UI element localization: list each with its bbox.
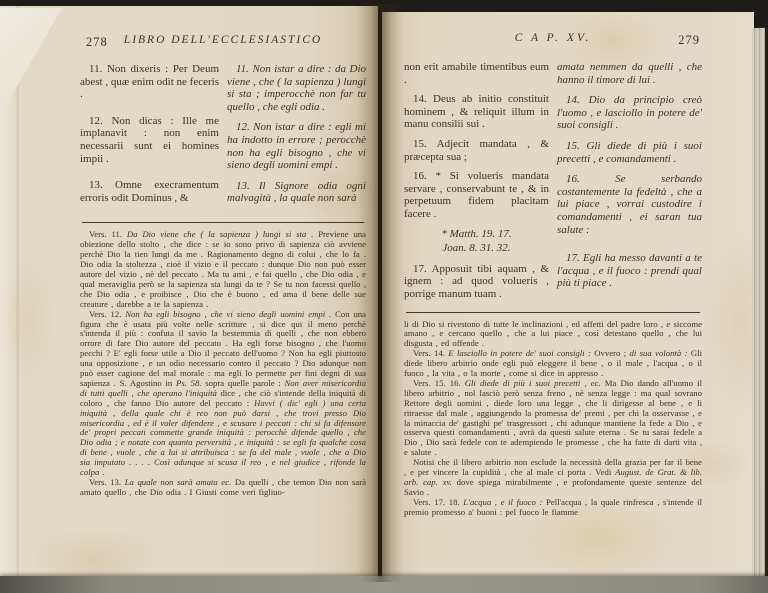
verse-italian-16: 16. Se serbando costantemente la fedeltà…	[557, 173, 702, 236]
right-page-content: C A P. XV. 279 non erit amabile timentib…	[404, 32, 702, 518]
verse-italian-12: 12. Non istar a dire : egli mi ha indott…	[227, 121, 366, 171]
right-page: C A P. XV. 279 non erit amabile timentib…	[382, 12, 754, 578]
verse-italian-17: 17. Egli ha messo davanti a te l'acqua ,…	[557, 252, 702, 290]
book-fore-edge	[752, 28, 765, 580]
open-book-photo: 278 LIBRO DELL'ECCLESIASTICO 11. Non dix…	[0, 0, 768, 593]
right-page-header: C A P. XV. 279	[404, 32, 702, 52]
page-corner-highlight	[0, 8, 62, 116]
left-commentary: Vers. 11. Da Dio viene che ( la sapienza…	[80, 230, 366, 497]
left-verse-columns: 11. Non dixeris : Per Deum abest , quæ e…	[80, 63, 366, 218]
chapter-title: C A P. XV.	[404, 32, 702, 44]
verse-latin-16: 16. * Si volueris mandata servare , cons…	[404, 170, 549, 220]
verse-latin-17: 17. Apposuit tibi aquam , & ignem : ad q…	[404, 263, 549, 301]
commentary-paragraph: li di Dio si rivestono di tutte le incli…	[404, 320, 702, 350]
table-surface	[0, 576, 768, 593]
verse-italian-13-continued: amata nemmen da quelli , che hanno il ti…	[557, 61, 702, 86]
right-verse-columns: non erit amabile timentibus eum . 14. De…	[404, 61, 702, 308]
verse-latin-14: 14. Deus ab initio constituit hominem , …	[404, 93, 549, 131]
running-title: LIBRO DELL'ECCLESIASTICO	[80, 34, 366, 46]
commentary-paragraph: Vers. 12. Non ha egli bisogno , che vi s…	[80, 310, 366, 478]
left-italian-column: 11. Non istar a dire : da Dio viene , ch…	[227, 63, 366, 218]
divider-rule-right	[406, 312, 700, 313]
left-latin-column: 11. Non dixeris : Per Deum abest , quæ e…	[80, 63, 219, 218]
scripture-references: * Matth. 19. 17. Joan. 8. 31. 32.	[404, 228, 549, 255]
verse-latin-13: 13. Omne execramentum erroris odit Domin…	[80, 179, 219, 204]
verse-latin-15: 15. Adjecit mandata , & præcepta sua ;	[404, 138, 549, 163]
commentary-paragraph: Notisi che il libero arbitrio non esclud…	[404, 458, 702, 498]
scripture-ref: * Matth. 19. 17.	[404, 228, 549, 241]
verse-latin-12: 12. Non dicas : Ille me implanavit : non…	[80, 115, 219, 165]
verse-italian-11: 11. Non istar a dire : da Dio viene , ch…	[227, 63, 366, 113]
commentary-paragraph: Vers. 17. 18. L'acqua , e il fuoco : Pel…	[404, 498, 702, 518]
verse-latin-11: 11. Non dixeris : Per Deum abest , quæ e…	[80, 63, 219, 101]
verse-latin-13-continued: non erit amabile timentibus eum .	[404, 61, 549, 86]
verse-italian-14: 14. Dio da principio creò l'uomo , e las…	[557, 94, 702, 132]
right-commentary: li di Dio si rivestono di tutte le incli…	[404, 320, 702, 518]
divider-rule-left	[82, 222, 364, 223]
page-number-right: 279	[678, 33, 700, 48]
verse-italian-15: 15. Gli diede di più i suoi precetti , e…	[557, 140, 702, 165]
commentary-paragraph: Vers. 13. La quale non sarà amata ec. Da…	[80, 478, 366, 498]
commentary-paragraph: Vers. 14. E lasciollo in potere de' suoi…	[404, 349, 702, 379]
left-page-content: 278 LIBRO DELL'ECCLESIASTICO 11. Non dix…	[80, 34, 366, 498]
verse-italian-13: 13. Il Signore odia ogni malvagità , la …	[227, 180, 366, 205]
page-number-left: 278	[86, 35, 108, 50]
right-italian-column: amata nemmen da quelli , che hanno il ti…	[557, 61, 702, 308]
commentary-paragraph: Vers. 15. 16. Gli diede di più i suoi pr…	[404, 379, 702, 458]
right-latin-column: non erit amabile timentibus eum . 14. De…	[404, 61, 549, 308]
scripture-ref: Joan. 8. 31. 32.	[404, 242, 549, 255]
left-page: 278 LIBRO DELL'ECCLESIASTICO 11. Non dix…	[0, 6, 378, 578]
commentary-paragraph: Vers. 11. Da Dio viene che ( la sapienza…	[80, 230, 366, 309]
left-page-header: 278 LIBRO DELL'ECCLESIASTICO	[80, 34, 366, 54]
